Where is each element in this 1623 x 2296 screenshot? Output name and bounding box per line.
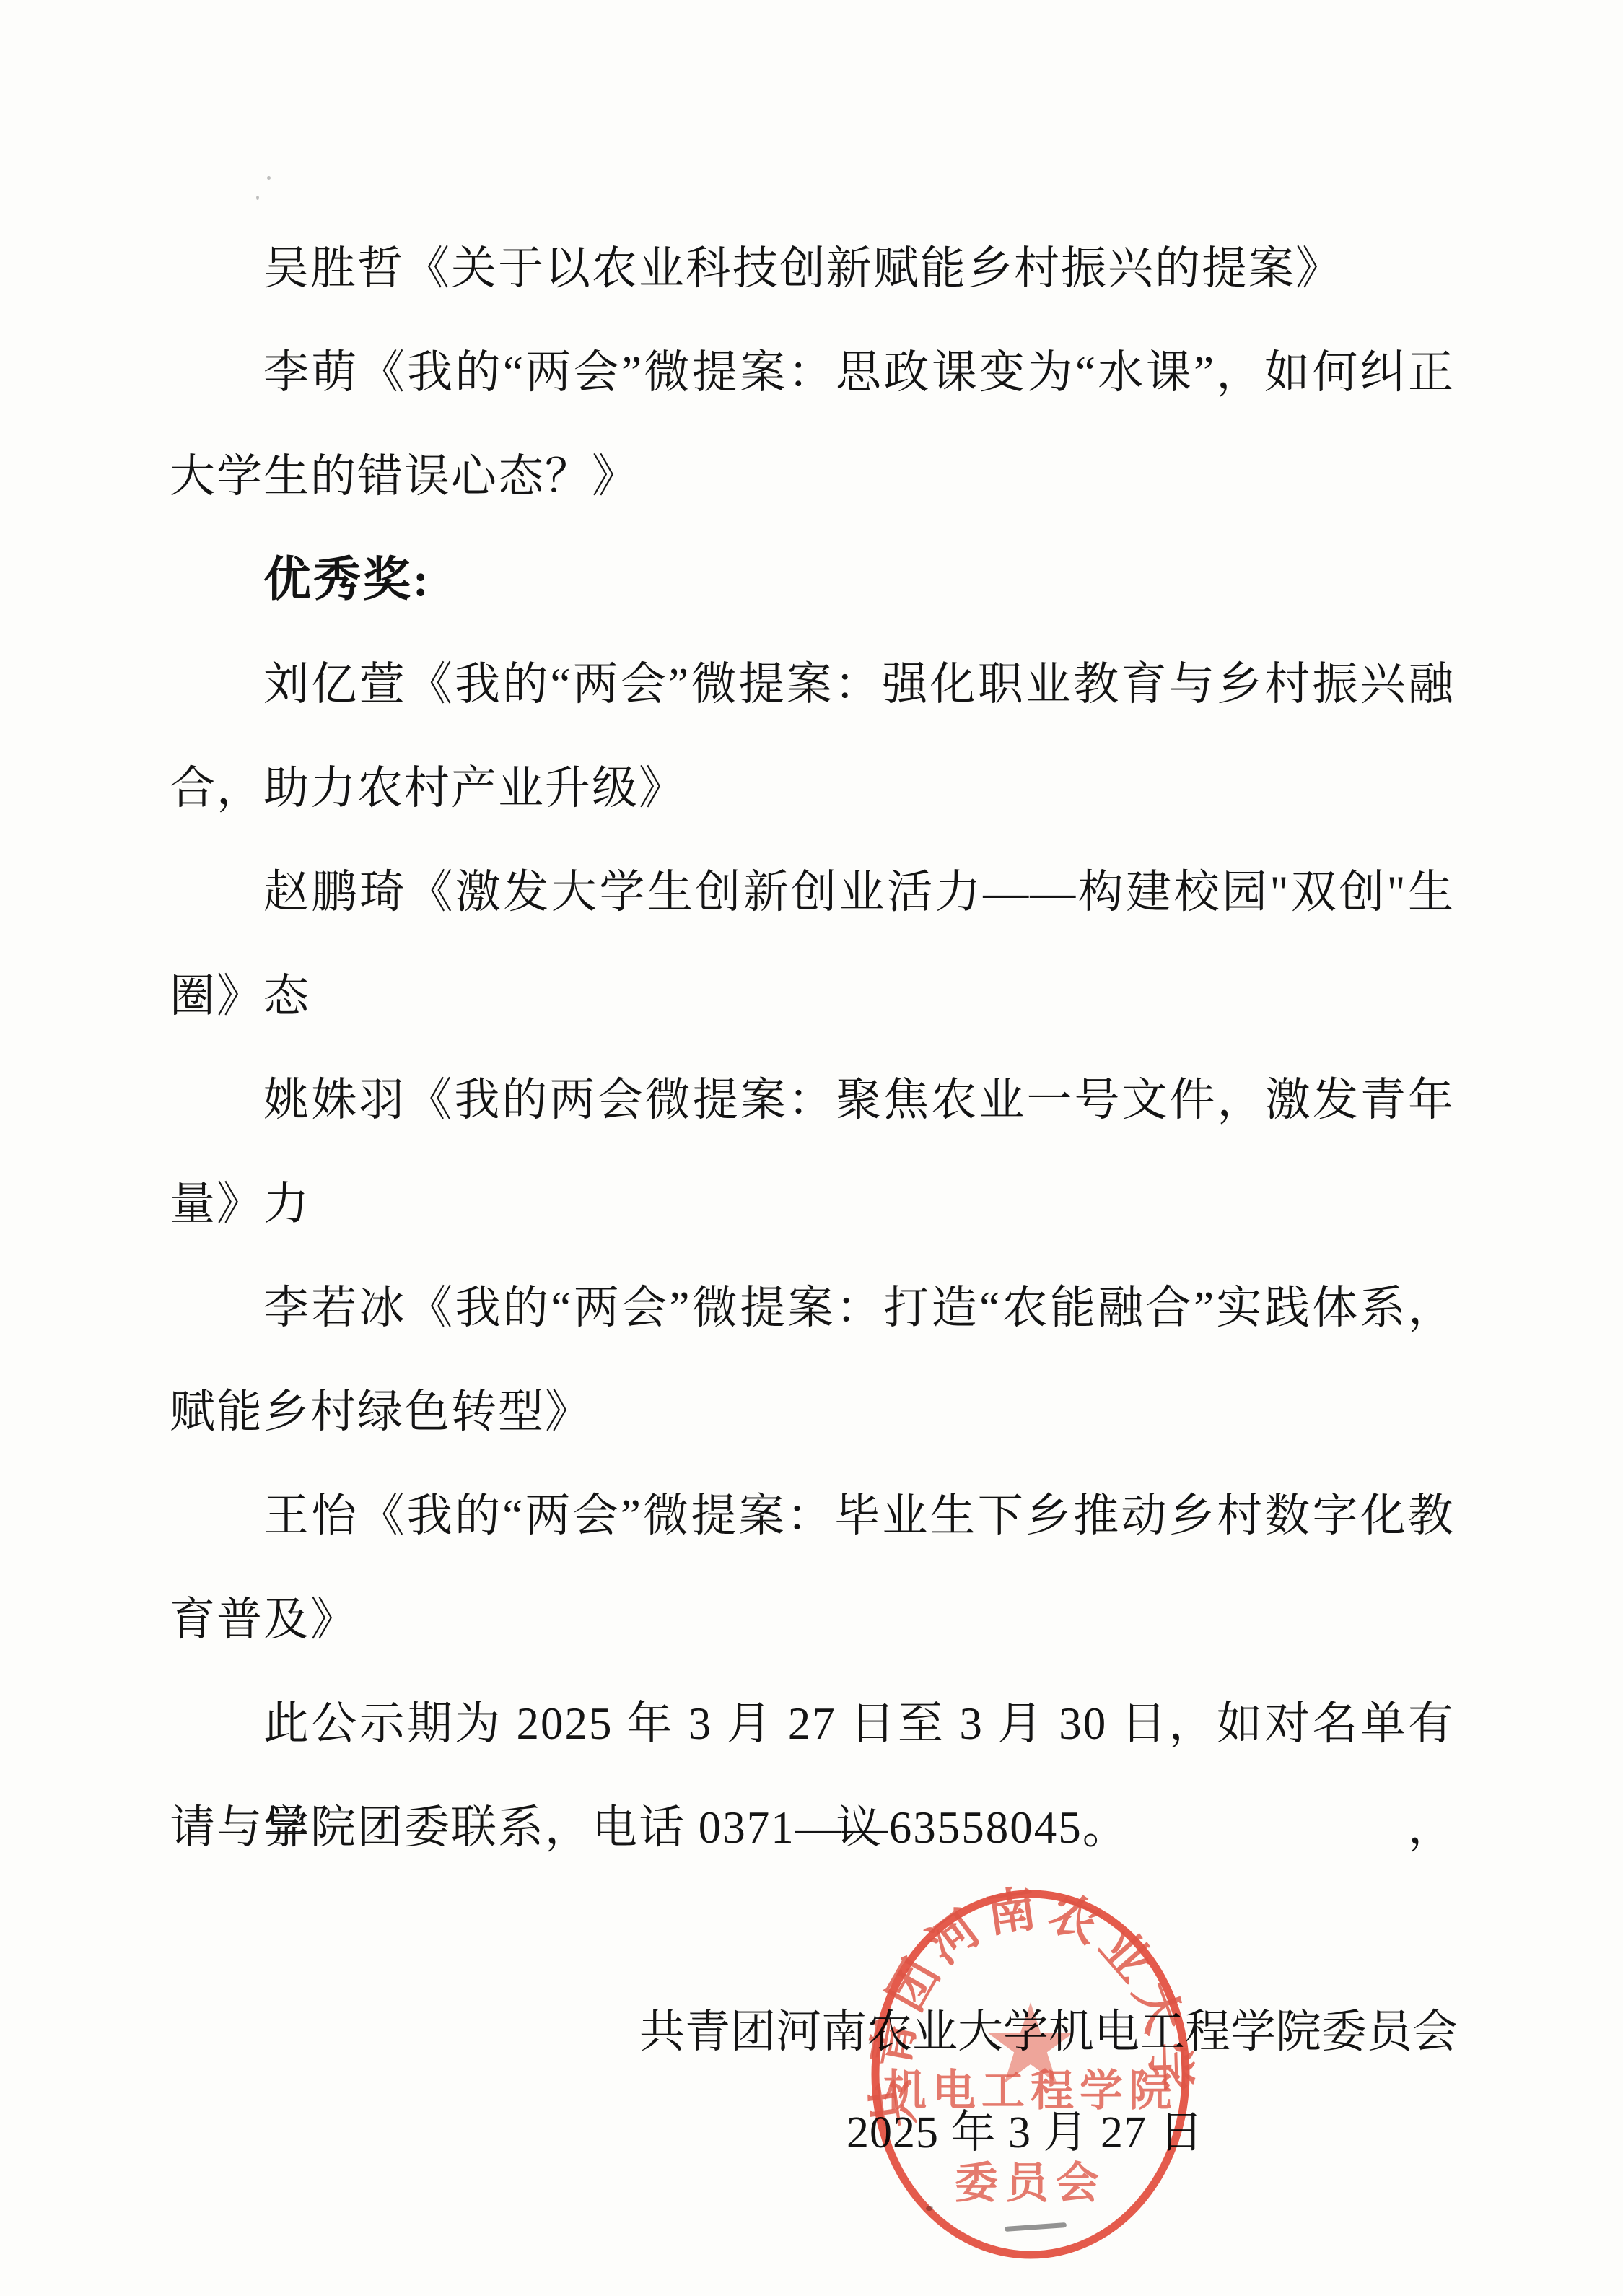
scan-artifact [925,2205,933,2212]
document-line: 此公示期为 2025 年 3 月 27 日至 3 月 30 日，如对名单有异议， [170,1672,1455,1776]
scan-artifact [1005,2222,1067,2232]
document-line: 量》 [170,1152,1455,1256]
document-line: 姚姝羽《我的两会微提案：聚焦农业一号文件，激发青年力 [170,1048,1455,1152]
scanned-document-page: 吴胜哲《关于以农业科技创新赋能乡村振兴的提案》 李萌《我的“两会”微提案：思政课… [0,0,1623,2296]
document-line: 李萌《我的“两会”微提案：思政课变为“水课”，如何纠正 [170,320,1455,424]
document-line: 吴胜哲《关于以农业科技创新赋能乡村振兴的提案》 [170,217,1455,320]
document-line: 请与学院团委联系，电话 0371——63558045。 [170,1776,1455,1880]
document-line: 赋能乡村绿色转型》 [170,1360,1455,1464]
issuing-committee-signature: 共青团河南农业大学机电工程学院委员会 [639,1980,1458,2084]
document-line: 圈》 [170,944,1455,1048]
document-line: 赵鹏琦《激发大学生创新创业活力——构建校园"双创"生态 [170,840,1455,944]
document-line: 合，助力农村产业升级》 [170,736,1455,840]
document-line: 李若冰《我的“两会”微提案：打造“农能融合”实践体系， [170,1256,1455,1360]
document-line: 刘亿萱《我的“两会”微提案：强化职业教育与乡村振兴融 [170,632,1455,736]
document-line: 王怡《我的“两会”微提案：毕业生下乡推动乡村数字化教 [170,1464,1455,1568]
document-line: 育普及》 [170,1568,1455,1672]
document-line: 大学生的错误心态？》 [170,424,1455,528]
issue-date: 2025 年 3 月 27 日 [847,2081,1204,2185]
scan-artifact [256,196,259,200]
section-heading: 优秀奖: [170,528,1455,632]
scan-artifact [267,176,271,180]
